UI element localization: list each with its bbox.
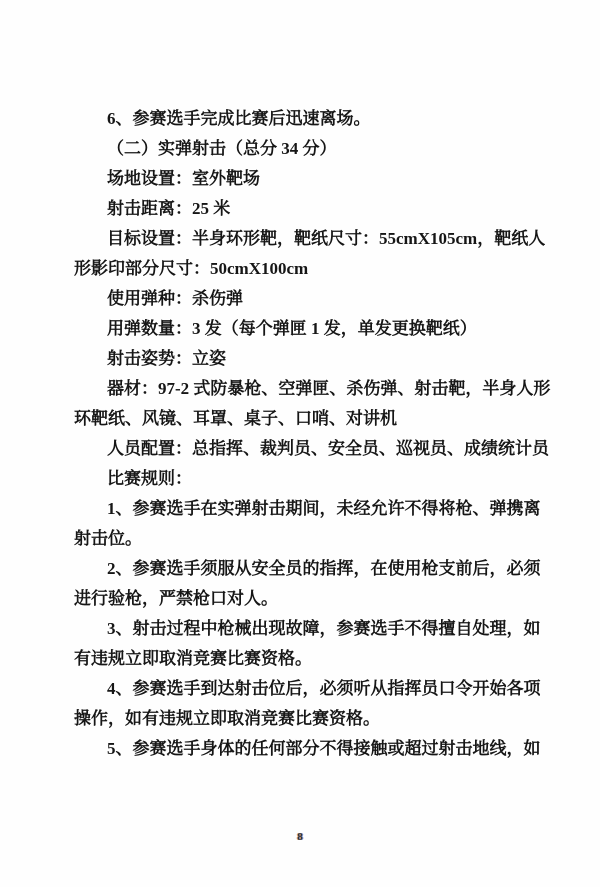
text-line: 场地设置：室外靶场	[74, 164, 546, 194]
text-line: 形影印部分尺寸：50cmX100cm	[74, 254, 546, 284]
text-line: 3、射击过程中枪械出现故障，参赛选手不得擅自处理，如	[74, 614, 546, 644]
text-line: 人员配置：总指挥、裁判员、安全员、巡视员、成绩统计员	[74, 434, 546, 464]
text-line: 操作，如有违规立即取消竞赛比赛资格。	[74, 704, 546, 734]
text-line: 环靶纸、风镜、耳罩、桌子、口哨、对讲机	[74, 404, 546, 434]
text-line: 5、参赛选手身体的任何部分不得接触或超过射击地线，如	[74, 734, 546, 764]
text-line: 用弹数量：3 发（每个弹匣 1 发，单发更换靶纸）	[74, 314, 546, 344]
text-line: 有违规立即取消竞赛比赛资格。	[74, 644, 546, 674]
text-line: 比赛规则：	[74, 464, 546, 494]
text-line: 4、参赛选手到达射击位后，必须听从指挥员口令开始各项	[74, 674, 546, 704]
document-page: 6、参赛选手完成比赛后迅速离场。 （二）实弹射击（总分 34 分） 场地设置：室…	[0, 0, 600, 887]
text-line: 进行验枪，严禁枪口对人。	[74, 584, 546, 614]
text-line: 1、参赛选手在实弹射击期间，未经允许不得将枪、弹携离	[74, 494, 546, 524]
section-heading: （二）实弹射击（总分 34 分）	[74, 134, 546, 164]
text-line: 2、参赛选手须服从安全员的指挥，在使用枪支前后，必须	[74, 554, 546, 584]
text-line: 6、参赛选手完成比赛后迅速离场。	[74, 104, 546, 134]
page-number: 8	[0, 830, 600, 844]
text-line: 目标设置：半身环形靶，靶纸尺寸：55cmX105cm，靶纸人	[74, 224, 546, 254]
document-text-block: 6、参赛选手完成比赛后迅速离场。 （二）实弹射击（总分 34 分） 场地设置：室…	[74, 104, 546, 764]
text-line: 使用弹种：杀伤弹	[74, 284, 546, 314]
text-line: 射击距离：25 米	[74, 194, 546, 224]
text-line: 器材：97-2 式防暴枪、空弹匣、杀伤弹、射击靶，半身人形	[74, 374, 546, 404]
text-line: 射击位。	[74, 524, 546, 554]
text-line: 射击姿势：立姿	[74, 344, 546, 374]
